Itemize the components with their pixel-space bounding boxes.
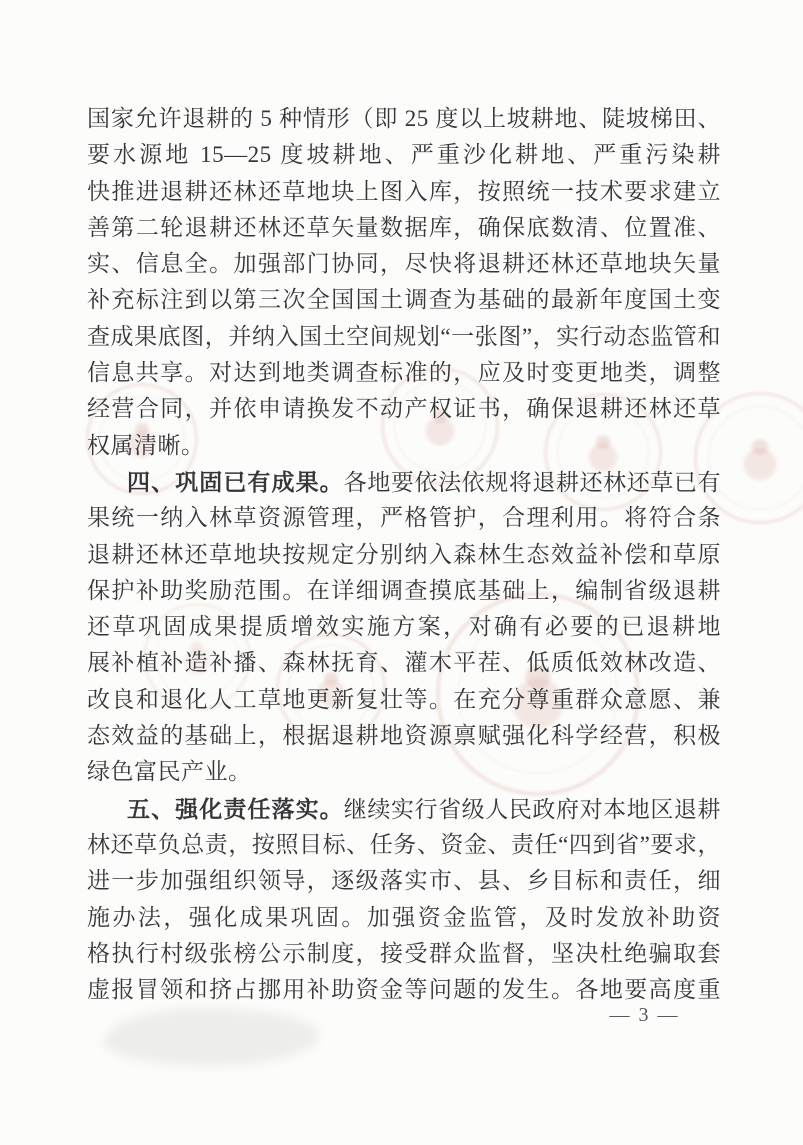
scan-smudge [104, 1008, 319, 1066]
text-line: 绿色富民产业。 [87, 754, 721, 790]
text-line: 经营合同，并依申请换发不动产权证书，确保退耕还林还草地块 [87, 391, 721, 427]
page-number: — 3 — [597, 1004, 692, 1027]
section-heading-line: 四、巩固已有成果。各地要依法依规将退耕还林还草已有成 [87, 464, 721, 500]
text-line: 态效益的基础上，根据退耕地资源禀赋强化科学经营，积极发展 [87, 718, 721, 754]
document-body: 国家允许退耕的 5 种情形（即 25 度以上坡耕地、陡坡梯田、重要水源地 15—… [87, 101, 721, 1008]
text-line: 国家允许退耕的 5 种情形（即 25 度以上坡耕地、陡坡梯田、重 [87, 101, 721, 137]
section-heading: 五、强化责任落实。 [127, 796, 344, 822]
text-line: 进一步加强组织领导，逐级落实市、县、乡目标和责任，细化措 [87, 863, 721, 899]
text-line: 虚报冒领和挤占挪用补助资金等问题的发生。各地要高度重视巡 [87, 972, 721, 1008]
text-line: 果统一纳入林草资源管理，严格管护，合理利用。将符合条件的 [87, 500, 721, 536]
text-line: 改良和退化人工草地更新复壮等。在充分尊重群众意愿、兼顾生 [87, 682, 721, 718]
text-line: 林还草负总责，按照目标、任务、资金、责任“四到省”要求， [87, 827, 721, 863]
text-line: 格执行村级张榜公示制度，接受群众监督，坚决杜绝骗取套取、 [87, 936, 721, 972]
text-line: 权属清晰。 [87, 428, 721, 464]
text-line: 施办法，强化成果巩固。加强资金监管，及时发放补助资金，严 [87, 900, 721, 936]
text-line: 信息共享。对达到地类调查标准的，应及时变更地类，调整承包 [87, 355, 721, 391]
text-line: 善第二轮退耕还林还草矢量数据库，确保底数清、位置准、数据 [87, 210, 721, 246]
section-heading: 四、巩固已有成果。 [127, 469, 344, 495]
text-line: 要水源地 15—25 度坡耕地、严重沙化耕地、严重污染耕地）。加 [87, 137, 721, 173]
text-line: 保护补助奖励范围。在详细调查摸底基础上，编制省级退耕还林 [87, 573, 721, 609]
section-heading-line: 五、强化责任落实。继续实行省级人民政府对本地区退耕还 [87, 791, 721, 827]
text-line: 补充标注到以第三次全国国土调查为基础的最新年度国土变更调 [87, 282, 721, 318]
text-line: 展补植补造补播、森林抚育、灌木平茬、低质低效林改造、品种 [87, 645, 721, 681]
text-line: 实、信息全。加强部门协同，尽快将退耕还林还草地块矢量数据 [87, 246, 721, 282]
scanned-document-page: 国家允许退耕的 5 种情形（即 25 度以上坡耕地、陡坡梯田、重要水源地 15—… [0, 0, 803, 1145]
text-line: 快推进退耕还林还草地块上图入库，按照统一技术要求建立并完 [87, 174, 721, 210]
text-line: 查成果底图，并纳入国土空间规划“一张图”，实行动态监管和 [87, 319, 721, 355]
text-line: 退耕还林还草地块按规定分别纳入森林生态效益补偿和草原生态 [87, 537, 721, 573]
text-line: 还草巩固成果提质增效实施方案，对确有必要的已退耕地块，开 [87, 609, 721, 645]
